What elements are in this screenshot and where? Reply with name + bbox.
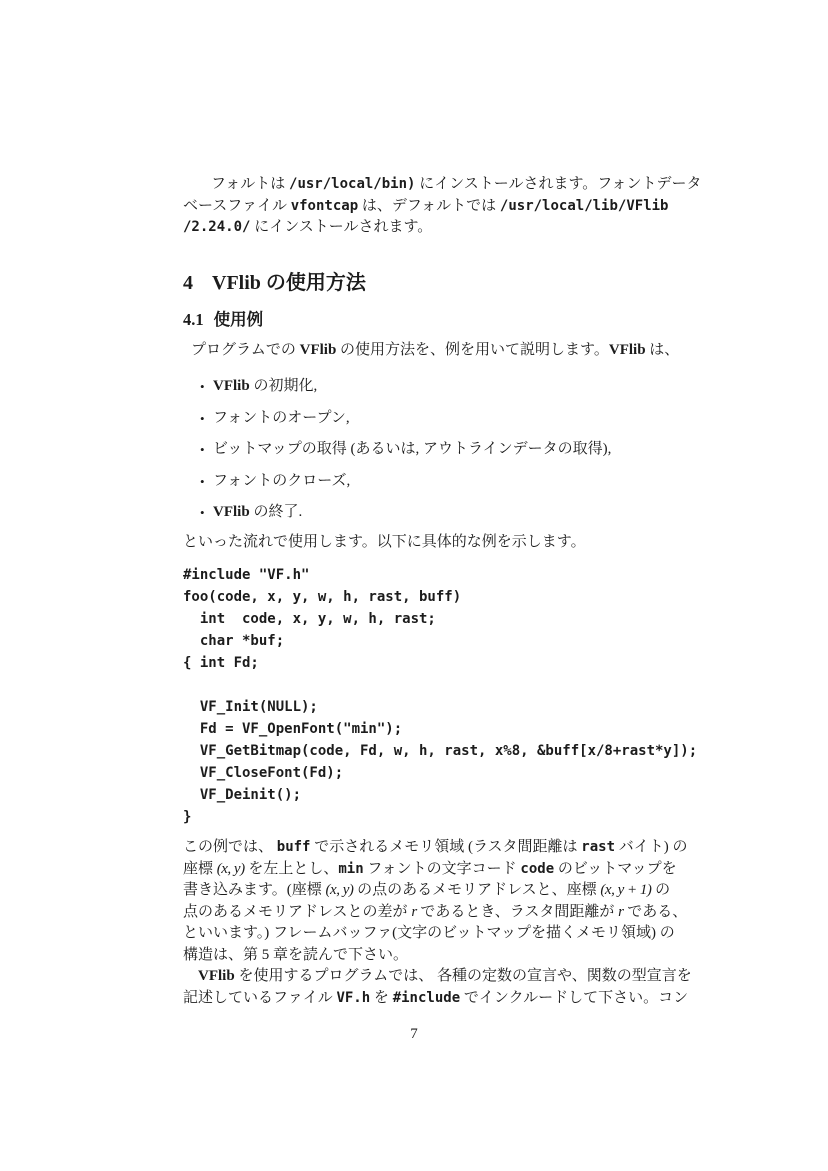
code-line: } xyxy=(183,806,663,828)
code-line: int code, x, y, w, h, rast; xyxy=(183,608,663,630)
text-run: /usr/local/bin) xyxy=(289,176,415,192)
text-line: 座標 (x, y) を左上とし、min フォントの文字コード code のビット… xyxy=(183,859,663,881)
text-run: rast xyxy=(581,839,615,855)
paragraph-flow: といった流れで使用します。以下に具体的な例を示します。 xyxy=(183,532,663,554)
text-run: VFlib xyxy=(213,504,250,520)
text-run: この例では、 xyxy=(183,839,277,855)
code-line: #include "VF.h" xyxy=(183,564,663,586)
text-run: フォルトは xyxy=(211,176,289,192)
text-line: 記述しているファイル VF.h を #include でインクルードして下さい。… xyxy=(183,988,663,1010)
paragraph-usage-intro: プログラムでの VFlib の使用方法を、例を用いて説明します。VFlib は、 xyxy=(183,340,663,362)
list-item-text: フォントのクローズ, xyxy=(213,471,350,493)
text-run: 書き込みます。(座標 xyxy=(183,882,326,898)
code-line: VF_Init(NULL); xyxy=(183,696,663,718)
code-line xyxy=(183,674,663,696)
text-run: といいます。) フレームバッファ(文字のビットマップを描くメモリ領域) の xyxy=(183,925,675,941)
text-run: フォントのクローズ, xyxy=(213,473,350,489)
text-line: 構造は、第 5 章を読んで下さい。 xyxy=(183,945,663,967)
text-run: の終了. xyxy=(250,504,303,520)
text-run: を使用するプログラムでは、 各種の定数の宣言や、関数の型宣言を xyxy=(235,968,692,984)
text-run: ビットマップの取得 (あるいは, アウトラインデータの取得), xyxy=(213,441,611,457)
text-run: vfontcap xyxy=(291,198,358,214)
code-line: foo(code, x, y, w, h, rast, buff) xyxy=(183,586,663,608)
subsection-heading: 4.1使用例 xyxy=(183,310,663,330)
list-item-text: VFlib の終了. xyxy=(213,502,302,524)
code-block-example: #include "VF.h"foo(code, x, y, w, h, ras… xyxy=(183,564,663,828)
text-run: の初期化, xyxy=(250,378,318,394)
text-run: buff xyxy=(277,839,311,855)
text-run: VFlib xyxy=(198,968,235,984)
page-content: フォルトは /usr/local/bin) にインストールされます。フォントデー… xyxy=(183,0,663,1009)
text-run: であるとき、ラスタ間距離が xyxy=(417,904,618,920)
text-line: /2.24.0/ にインストールされます。 xyxy=(183,217,663,239)
text-run: は、デフォルトでは xyxy=(358,198,500,214)
text-line: といった流れで使用します。以下に具体的な例を示します。 xyxy=(183,532,663,554)
text-line: ベースファイル vfontcap は、デフォルトでは /usr/local/li… xyxy=(183,196,663,218)
list-item: •VFlib の終了. xyxy=(200,502,663,524)
text-run: VFlib xyxy=(300,342,337,358)
list-item-text: ビットマップの取得 (あるいは, アウトラインデータの取得), xyxy=(213,439,611,461)
list-item-text: フォントのオープン, xyxy=(213,408,350,430)
text-run: を xyxy=(370,990,393,1006)
paragraph-example-explanation: この例では、 buff で示されるメモリ領域 (ラスタ間距離は rast バイト… xyxy=(183,837,663,966)
text-run: は、 xyxy=(646,342,680,358)
bullet-icon: • xyxy=(200,376,213,398)
text-line: プログラムでの VFlib の使用方法を、例を用いて説明します。VFlib は、 xyxy=(183,340,663,362)
bullet-icon: • xyxy=(200,471,213,493)
section-title: VFlib の使用方法 xyxy=(212,272,366,294)
text-line: といいます。) フレームバッファ(文字のビットマップを描くメモリ領域) の xyxy=(183,923,663,945)
text-run: /2.24.0/ xyxy=(183,219,250,235)
code-line: Fd = VF_OpenFont("min"); xyxy=(183,718,663,740)
text-run: の点のあるメモリアドレスと、座標 xyxy=(353,882,600,898)
list-item: •ビットマップの取得 (あるいは, アウトラインデータの取得), xyxy=(200,439,663,461)
usage-steps-list: •VFlib の初期化,•フォントのオープン,•ビットマップの取得 (あるいは,… xyxy=(183,376,663,524)
list-item: •フォントのクローズ, xyxy=(200,471,663,493)
text-run: (x, y) xyxy=(326,882,354,898)
text-run: (x, y + 1) xyxy=(600,882,651,898)
text-run: VFlib xyxy=(213,378,250,394)
text-run: の xyxy=(651,882,670,898)
text-run: を左上とし、 xyxy=(245,861,339,877)
text-run: にインストールされます。 xyxy=(250,219,432,235)
list-item-text: VFlib の初期化, xyxy=(213,376,317,398)
text-run: のビットマップを xyxy=(554,861,677,877)
text-line: この例では、 buff で示されるメモリ領域 (ラスタ間距離は rast バイト… xyxy=(183,837,663,859)
text-run: である、 xyxy=(623,904,687,920)
text-run: 座標 xyxy=(183,861,217,877)
text-run: にインストールされます。フォントデータ xyxy=(415,176,701,192)
text-line: 書き込みます。(座標 (x, y) の点のあるメモリアドレスと、座標 (x, y… xyxy=(183,880,663,902)
subsection-number: 4.1 xyxy=(183,310,204,330)
paragraph-install-paths: フォルトは /usr/local/bin) にインストールされます。フォントデー… xyxy=(183,174,663,239)
code-line: { int Fd; xyxy=(183,652,663,674)
section-heading: 4VFlib の使用方法 xyxy=(183,271,663,295)
text-run: でインクルードして下さい。コン xyxy=(460,990,688,1006)
code-line: VF_GetBitmap(code, Fd, w, h, rast, x%8, … xyxy=(183,740,663,762)
text-run: の使用方法を、例を用いて説明します。 xyxy=(336,342,609,358)
text-line: VFlib を使用するプログラムでは、 各種の定数の宣言や、関数の型宣言を xyxy=(183,966,663,988)
list-item: •フォントのオープン, xyxy=(200,408,663,430)
list-item: •VFlib の初期化, xyxy=(200,376,663,398)
bullet-icon: • xyxy=(200,408,213,430)
page-number: 7 xyxy=(0,1026,828,1043)
text-run: ベースファイル xyxy=(183,198,291,214)
text-run: プログラムでの xyxy=(191,342,300,358)
text-run: 構造は、第 5 章を読んで下さい。 xyxy=(183,947,408,963)
text-run: といった流れで使用します。以下に具体的な例を示します。 xyxy=(183,534,586,550)
bullet-icon: • xyxy=(200,502,213,524)
section-number: 4 xyxy=(183,271,193,295)
text-run: 点のあるメモリアドレスとの差が xyxy=(183,904,411,920)
text-line: 点のあるメモリアドレスとの差が r であるとき、ラスタ間距離が r である、 xyxy=(183,902,663,924)
code-line: char *buf; xyxy=(183,630,663,652)
text-run: /usr/local/lib/VFlib xyxy=(500,198,669,214)
text-run: VF.h xyxy=(336,990,370,1006)
paragraph-include-note: VFlib を使用するプログラムでは、 各種の定数の宣言や、関数の型宣言を記述し… xyxy=(183,966,663,1009)
text-run: code xyxy=(520,861,554,877)
bullet-icon: • xyxy=(200,439,213,461)
text-run: フォントの文字コード xyxy=(364,861,521,877)
text-run: #include xyxy=(393,990,460,1006)
code-line: VF_CloseFont(Fd); xyxy=(183,762,663,784)
text-run: バイト) の xyxy=(615,839,688,855)
text-run: 記述しているファイル xyxy=(183,990,336,1006)
text-run: min xyxy=(338,861,363,877)
subsection-title: 使用例 xyxy=(214,310,264,329)
text-run: で示されるメモリ領域 (ラスタ間距離は xyxy=(310,839,581,855)
text-run: VFlib xyxy=(609,342,646,358)
code-line: VF_Deinit(); xyxy=(183,784,663,806)
text-line: フォルトは /usr/local/bin) にインストールされます。フォントデー… xyxy=(183,174,663,196)
text-run: フォントのオープン, xyxy=(213,410,350,426)
document-page: フォルトは /usr/local/bin) にインストールされます。フォントデー… xyxy=(0,0,828,1171)
text-run: (x, y) xyxy=(217,861,245,877)
